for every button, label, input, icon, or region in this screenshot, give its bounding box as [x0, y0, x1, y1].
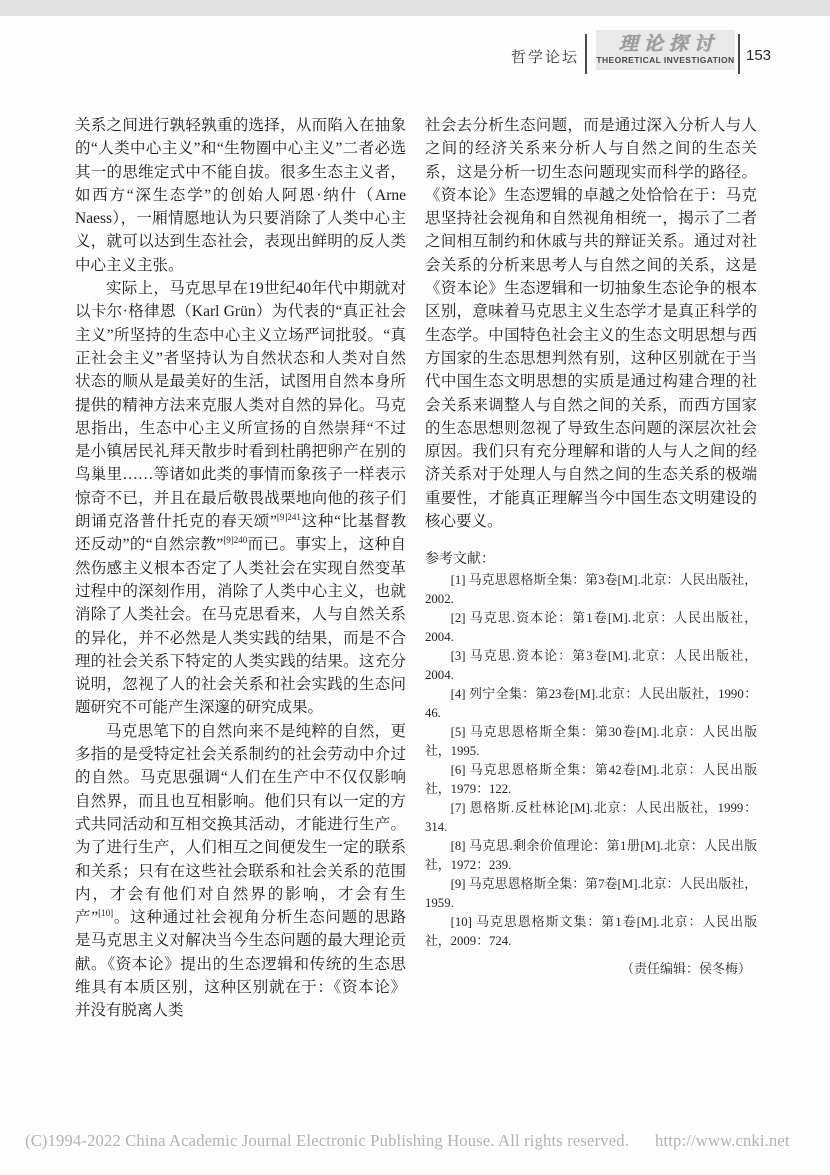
reference-item: [9] 马克思恩格斯全集：第7卷[M].北京：人民出版社，1959. [425, 875, 757, 913]
right-column: 社会去分析生态问题，而是通过深入分析人与人之间的经济关系来分析人与自然之间的生态… [425, 114, 757, 978]
paragraph-continuation: 社会去分析生态问题，而是通过深入分析人与人之间的经济关系来分析人与自然之间的生态… [425, 114, 757, 533]
citation-superscript: [9]240 [223, 535, 247, 545]
left-column: 关系之间进行孰轻孰重的选择，从而陷入在抽象的“人类中心主义”和“生物圈中心主义”… [75, 114, 406, 1023]
citation-superscript: [9]241 [277, 512, 301, 522]
paragraph-text: 实际上，马克思早在19世纪40年代中期就对以卡尔·格律恩（Karl Grün）为… [75, 280, 406, 530]
journal-logo: 理论探讨 THEORETICAL INVESTIGATION [596, 30, 735, 70]
reference-item: [1] 马克思恩格斯全集：第3卷[M].北京：人民出版社，2002. [425, 571, 757, 609]
section-label: 哲学论坛 [511, 46, 579, 67]
citation-superscript: [10] [98, 908, 113, 918]
journal-logo-title: 理论探讨 [612, 35, 718, 55]
page-number: 153 [746, 47, 771, 64]
paragraph-text: 。这种通过社会视角分析生态问题的思路是马克思主义对解决当今生态问题的最大理论贡献… [75, 909, 406, 1019]
copyright-text: (C)1994-2022 China Academic Journal Elec… [25, 1131, 629, 1150]
paragraph-text: 马克思笔下的自然向来不是纯粹的自然，更多指的是受特定社会关系制约的社会劳动中介过… [75, 723, 406, 926]
journal-logo-subtitle: THEORETICAL INVESTIGATION [596, 55, 734, 66]
editor-note: （责任编辑：侯冬梅） [425, 959, 757, 978]
references-heading: 参考文献： [425, 549, 757, 571]
header-divider-right [738, 34, 740, 74]
reference-item: [8] 马克思.剩余价值理论：第1册[M].北京：人民出版社，1972：239. [425, 837, 757, 875]
reference-item: [10] 马克思恩格斯文集：第1卷[M].北京：人民出版社，2009：724. [425, 913, 757, 951]
scanned-paper-page: 哲学论坛 理论探讨 THEORETICAL INVESTIGATION 153 … [0, 0, 830, 1175]
reference-item: [3] 马克思.资本论：第3卷[M].北京：人民出版社，2004. [425, 647, 757, 685]
paragraph: 马克思笔下的自然向来不是纯粹的自然，更多指的是受特定社会关系制约的社会劳动中介过… [75, 720, 406, 1023]
reference-item: [2] 马克思.资本论：第1卷[M].北京：人民出版社，2004. [425, 609, 757, 647]
paragraph-continuation: 关系之间进行孰轻孰重的选择，从而陷入在抽象的“人类中心主义”和“生物圈中心主义”… [75, 114, 406, 277]
paragraph-text: 而已。事实上，这种自然伤感主义根本否定了人类社会在实现自然变革过程中的深刻作用，… [75, 536, 406, 716]
reference-item: [7] 恩格斯.反杜林论[M].北京：人民出版社，1999：314. [425, 799, 757, 837]
paragraph: 实际上，马克思早在19世纪40年代中期就对以卡尔·格律恩（Karl Grün）为… [75, 277, 406, 720]
reference-item: [5] 马克思恩格斯全集：第30卷[M].北京：人民出版社，1995. [425, 723, 757, 761]
cnki-url: http://www.cnki.net [655, 1131, 790, 1150]
reference-item: [4] 列宁全集：第23卷[M].北京：人民出版社，1990：46. [425, 685, 757, 723]
scan-border-strip [0, 0, 830, 16]
copyright-footer: (C)1994-2022 China Academic Journal Elec… [25, 1131, 815, 1151]
reference-item: [6] 马克思恩格斯全集：第42卷[M].北京：人民出版社，1979：122. [425, 761, 757, 799]
header-divider-left [585, 34, 587, 74]
